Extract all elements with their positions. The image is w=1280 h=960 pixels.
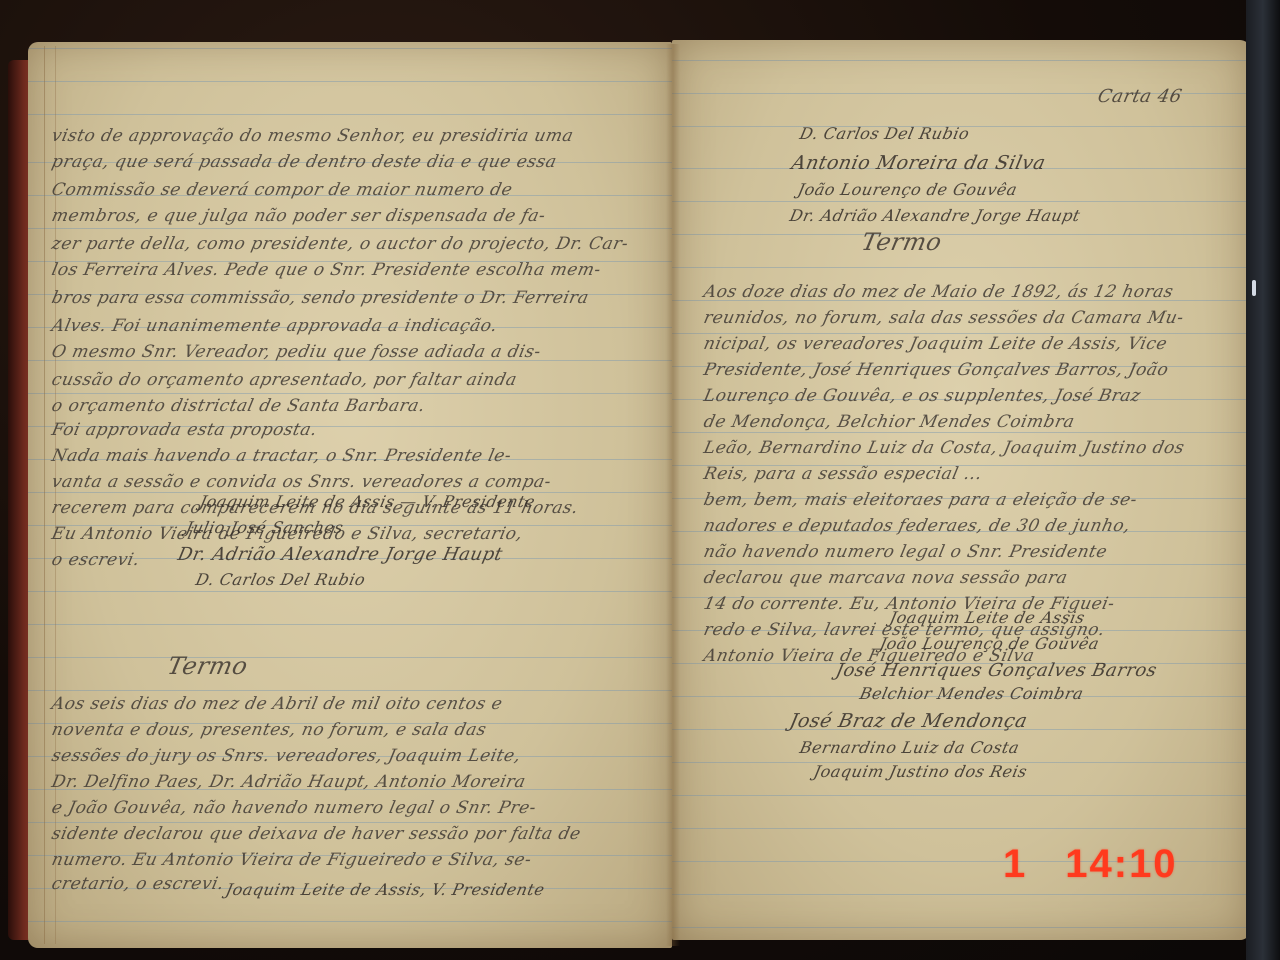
text-line: Aos doze dias do mez de Maio de 1892, ás… — [702, 282, 1175, 302]
entry-heading: Termo — [859, 228, 944, 256]
signature: João Lourenço de Gouvêa — [878, 634, 1101, 653]
signature: Joaquim Leite de Assis, V. Presidente — [224, 880, 547, 899]
text-line: O mesmo Snr. Vereador, pediu que fosse a… — [50, 342, 543, 362]
text-line: bros para essa commissão, sendo presiden… — [50, 288, 591, 308]
signature: Dr. Adrião Alexandre Jorge Haupt — [176, 544, 505, 565]
signature: D. Carlos Del Rubio — [194, 570, 367, 589]
text-line: cretario, o escrevi. — [50, 874, 226, 894]
text-line: noventa e dous, presentes, no forum, e s… — [50, 720, 488, 740]
photo-scene: Carta 46 D. Carlos Del Rubio Antonio Mor… — [0, 0, 1280, 960]
text-line: reunidos, no forum, sala das sessões da … — [702, 308, 1186, 328]
text-line: visto de approvação do mesmo Senhor, eu … — [50, 126, 576, 146]
text-line: membros, e que julga não poder ser dispe… — [50, 206, 548, 226]
stamp-time: 14:10 — [1065, 842, 1177, 886]
signature: Joaquim Leite de Assis — V. Presidente — [198, 492, 537, 511]
text-line: cussão do orçamento apresentado, por fal… — [50, 370, 519, 390]
text-line: Lourenço de Gouvêa, e os supplentes, Jos… — [702, 386, 1143, 406]
signature: Antonio Moreira da Silva — [790, 152, 1048, 174]
signature: Joaquim Justino dos Reis — [812, 762, 1029, 781]
signature: D. Carlos Del Rubio — [798, 124, 971, 143]
text-line: sessões do jury os Snrs. vereadores, Joa… — [50, 746, 523, 766]
signature: João Lourenço de Gouvêa — [796, 180, 1019, 199]
text-line: Reis, para a sessão especial ... — [702, 464, 984, 484]
text-line: Presidente, José Henriques Gonçalves Bar… — [702, 360, 1171, 380]
text-line: Alves. Foi unanimemente approvada a indi… — [50, 316, 499, 336]
folio-number: Carta 46 — [1096, 86, 1184, 107]
glass-frame-edge — [1246, 0, 1280, 960]
text-line: praça, que será passada de dentro deste … — [50, 152, 559, 172]
text-line: nadores e deputados federaes, de 30 de j… — [702, 516, 1132, 536]
text-line: Commissão se deverá compor de maior nume… — [50, 180, 514, 200]
light-glare — [1252, 280, 1256, 296]
text-line: zer parte della, como presidente, o auct… — [50, 234, 630, 254]
text-line: bem, bem, mais eleitoraes para a eleição… — [702, 490, 1139, 510]
signature: Joaquim Leite de Assis — [888, 608, 1087, 627]
camera-date-stamp: 114:10 — [1003, 842, 1178, 887]
text-line: Leão, Bernardino Luiz da Costa, Joaquim … — [702, 438, 1186, 458]
text-line: los Ferreira Alves. Pede que o Snr. Pres… — [50, 260, 603, 280]
text-line: e João Gouvêa, não havendo numero legal … — [50, 798, 538, 818]
text-line: não havendo numero legal o Snr. Presiden… — [702, 542, 1109, 562]
text-line: Foi approvada esta proposta. — [50, 420, 319, 440]
signature: José Henriques Gonçalves Barros — [834, 660, 1159, 681]
signature: José Braz de Mendonça — [788, 710, 1030, 732]
text-line: vanta a sessão e convida os Snrs. veread… — [50, 472, 553, 492]
text-line: o orçamento districtal de Santa Barbara. — [50, 396, 427, 416]
signature: Belchior Mendes Coimbra — [858, 684, 1085, 703]
text-line: numero. Eu Antonio Vieira de Figueiredo … — [50, 850, 534, 870]
signature: Julio José Sanches — [184, 518, 345, 537]
text-line: Nada mais havendo a tractar, o Snr. Pres… — [50, 446, 513, 466]
text-line: sidente declarou que deixava de haver se… — [50, 824, 583, 844]
signature: Bernardino Luiz da Costa — [798, 738, 1021, 757]
text-line: nicipal, os vereadores Joaquim Leite de … — [702, 334, 1169, 354]
entry-heading: Termo — [165, 652, 250, 680]
text-line: o escrevi. — [50, 550, 142, 570]
text-line: Dr. Delfino Paes, Dr. Adrião Haupt, Anto… — [50, 772, 528, 792]
text-line: Aos seis dias do mez de Abril de mil oit… — [50, 694, 504, 714]
signature: Dr. Adrião Alexandre Jorge Haupt — [788, 206, 1082, 225]
text-line: declarou que marcava nova sessão para — [702, 568, 1070, 588]
text-line: de Mendonça, Belchior Mendes Coimbra — [702, 412, 1077, 432]
stamp-day: 1 — [1003, 842, 1027, 886]
book-gutter — [666, 44, 680, 946]
